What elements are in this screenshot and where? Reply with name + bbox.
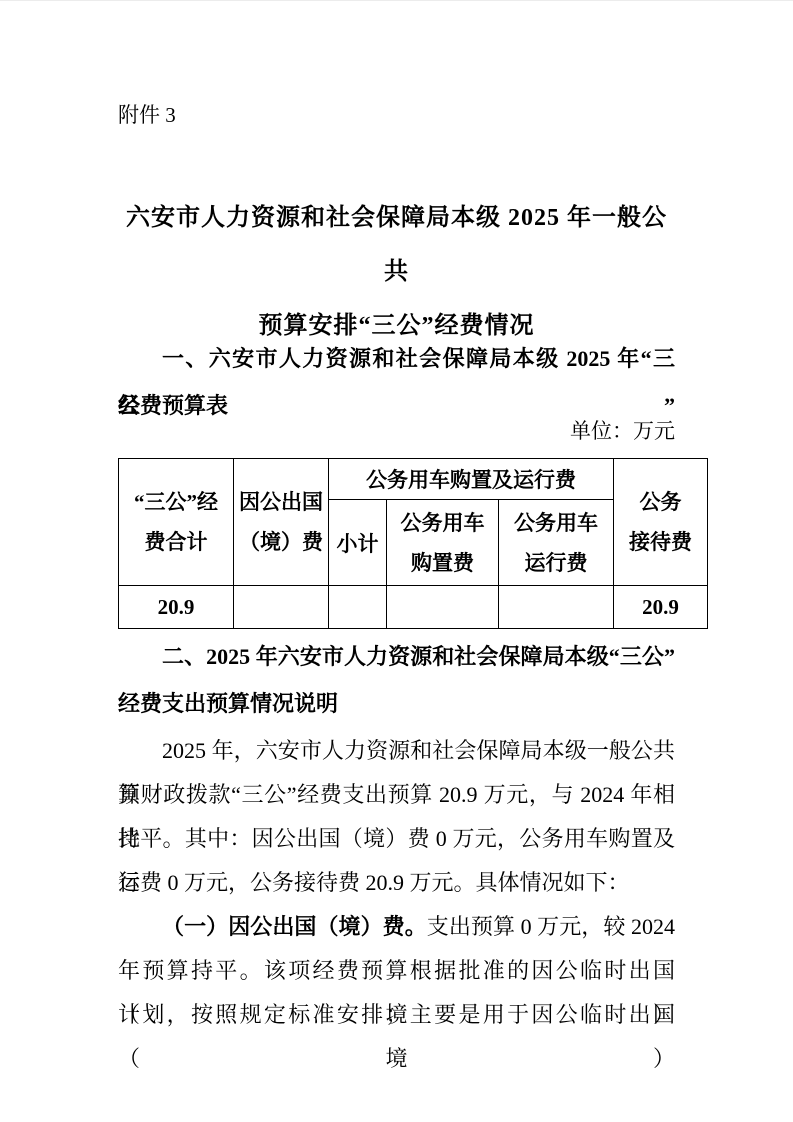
paragraph-line: 2025 年，六安市人力资源和社会保障局本级一般公共预 [118, 729, 675, 773]
header-abroad-cell: 因公出国 （境）费 [234, 459, 329, 586]
paragraph-line: 算财政拨款“三公”经费支出预算 20.9 万元，与 2024 年相比 [118, 773, 675, 817]
abroad-expense-lead: （一）因公出国（境）费。 [162, 914, 427, 939]
value-reception-cell: 20.9 [614, 586, 708, 629]
paragraph-line: 计划，按照规定标准安排；主要是用于因公临时出国（境） [118, 993, 675, 1037]
header-total-line-2: 费合计 [119, 522, 233, 562]
header-reception-cell: 公务 接待费 [614, 459, 708, 586]
value-total-cell: 20.9 [119, 586, 234, 629]
header-operation-line-1: 公务用车 [499, 503, 613, 543]
paragraph-abroad-expense: （一）因公出国（境）费。支出预算 0 万元，较 2024 年预算持平。该项经费预… [118, 905, 675, 1037]
header-purchase-cell: 公务用车 购置费 [387, 500, 499, 586]
header-reception-line-2: 接待费 [614, 522, 707, 562]
paragraph-line: 行费 0 万元，公务接待费 20.9 万元。具体情况如下： [118, 861, 675, 905]
header-operation-line-2: 运行费 [499, 543, 613, 583]
paragraph-overview: 2025 年，六安市人力资源和社会保障局本级一般公共预 算财政拨款“三公”经费支… [118, 729, 675, 905]
header-vehicle-group-cell: 公务用车购置及运行费 [329, 459, 614, 500]
header-subtotal-cell: 小计 [329, 500, 387, 586]
header-purchase-line-2: 购置费 [387, 543, 498, 583]
section-2-heading: 二、2025 年六安市人力资源和社会保障局本级“三公” 经费支出预算情况说明 [118, 633, 675, 727]
paragraph-line: （一）因公出国（境）费。支出预算 0 万元，较 2024 [118, 905, 675, 949]
page-title-line-1: 六安市人力资源和社会保障局本级 2025 年一般公共 [118, 191, 675, 299]
value-subtotal-cell [329, 586, 387, 629]
page-title: 六安市人力资源和社会保障局本级 2025 年一般公共 预算安排“三公”经费情况 [118, 191, 675, 353]
unit-label: 单位：万元 [118, 416, 675, 446]
header-operation-cell: 公务用车 运行费 [499, 500, 614, 586]
section-1-heading-line-1: 一、六安市人力资源和社会保障局本级 2025 年“三公” [118, 335, 675, 382]
header-abroad-line-2: （境）费 [234, 522, 328, 562]
budget-table-container: “三公”经 费合计 因公出国 （境）费 公务用车购置及运行费 公务 接待费 小计… [118, 458, 708, 629]
section-2-heading-line-1: 二、2025 年六安市人力资源和社会保障局本级“三公” [118, 633, 675, 680]
value-operation-cell [499, 586, 614, 629]
section-2-heading-line-2: 经费支出预算情况说明 [118, 680, 675, 727]
budget-table: “三公”经 费合计 因公出国 （境）费 公务用车购置及运行费 公务 接待费 小计… [118, 458, 708, 629]
header-total-cell: “三公”经 费合计 [119, 459, 234, 586]
header-abroad-line-1: 因公出国 [234, 482, 328, 522]
paragraph-line: 持平。其中：因公出国（境）费 0 万元，公务用车购置及运 [118, 817, 675, 861]
table-data-row: 20.9 20.9 [119, 586, 708, 629]
value-purchase-cell [387, 586, 499, 629]
section-1-heading: 一、六安市人力资源和社会保障局本级 2025 年“三公” 经费预算表 [118, 335, 675, 429]
abroad-expense-rest: 支出预算 0 万元，较 2024 [427, 914, 675, 939]
header-purchase-line-1: 公务用车 [387, 503, 498, 543]
header-reception-line-1: 公务 [614, 482, 707, 522]
attachment-label: 附件 3 [118, 102, 176, 128]
paragraph-line: 年预算持平。该项经费预算根据批准的因公临时出国（境） [118, 949, 675, 993]
value-abroad-cell [234, 586, 329, 629]
header-total-line-1: “三公”经 [119, 482, 233, 522]
